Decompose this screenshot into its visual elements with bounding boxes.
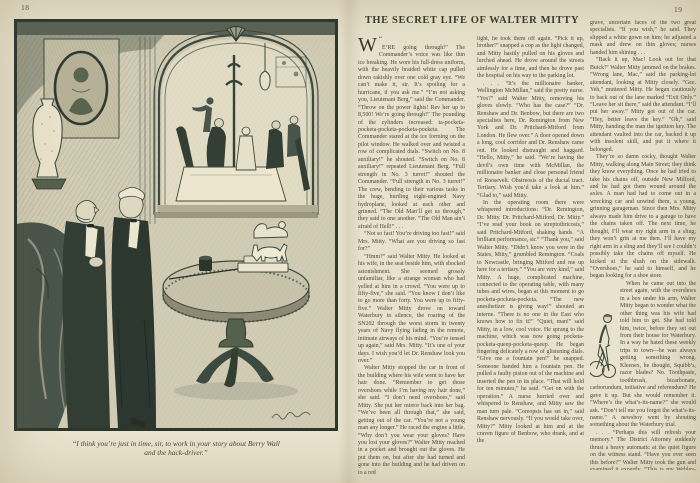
paragraph: They’re so damn cocky, thought Walter Mi… [590, 154, 696, 281]
story-illustration [14, 19, 338, 431]
paragraph: . . . “Perhaps this will refresh your me… [590, 430, 696, 470]
paragraph: “Not so fast! You’re driving too fast!” … [358, 231, 465, 253]
text-column-2: light, he took them off again. “Pick it … [477, 36, 584, 483]
drawing-room-illustration [14, 19, 338, 431]
open-quote: “ [379, 36, 382, 43]
caption-line-2: and the hack-driver.” [22, 448, 330, 457]
paragraph-text: E’RE going through!” The Commander’s voi… [358, 45, 465, 230]
paragraph: “WE’RE going through!” The Commander’s v… [358, 36, 465, 231]
paragraph: light, he took them off again. “Pick it … [477, 36, 584, 81]
cyclist-spot-illustration [590, 287, 616, 383]
page-number-left: 18 [21, 3, 30, 12]
page-number-right: 19 [674, 5, 683, 14]
caption-line-1: “I think you’re just in time, sir, to wo… [22, 439, 330, 448]
paragraph: “Hmm?” said Walter Mitty. He looked at h… [358, 254, 465, 366]
inkwell [199, 256, 212, 271]
archway-scene [154, 26, 318, 238]
drop-cap: W [358, 36, 379, 54]
text-column-1: “WE’RE going through!” The Commander’s v… [358, 36, 465, 483]
cyclist-drawing [590, 287, 616, 383]
text-column-3: grave, uncertain faces of the two great … [590, 20, 696, 470]
story-title: THE SECRET LIFE OF WALTER MITTY [358, 15, 586, 26]
paragraph: “Back it up, Mac! Look out for that Buic… [590, 57, 696, 154]
paragraph: When he came out into the street again, … [590, 281, 696, 430]
paragraph: . . . “It’s the millionaire banker, Well… [477, 81, 584, 200]
paragraph: grave, uncertain faces of the two great … [590, 20, 696, 57]
paragraph: In the operating room there were whisper… [477, 200, 584, 446]
illustration-caption: “I think you’re just in time, sir, to wo… [22, 439, 330, 457]
paragraph: Walter Mitty stopped the car in front of… [358, 365, 465, 477]
